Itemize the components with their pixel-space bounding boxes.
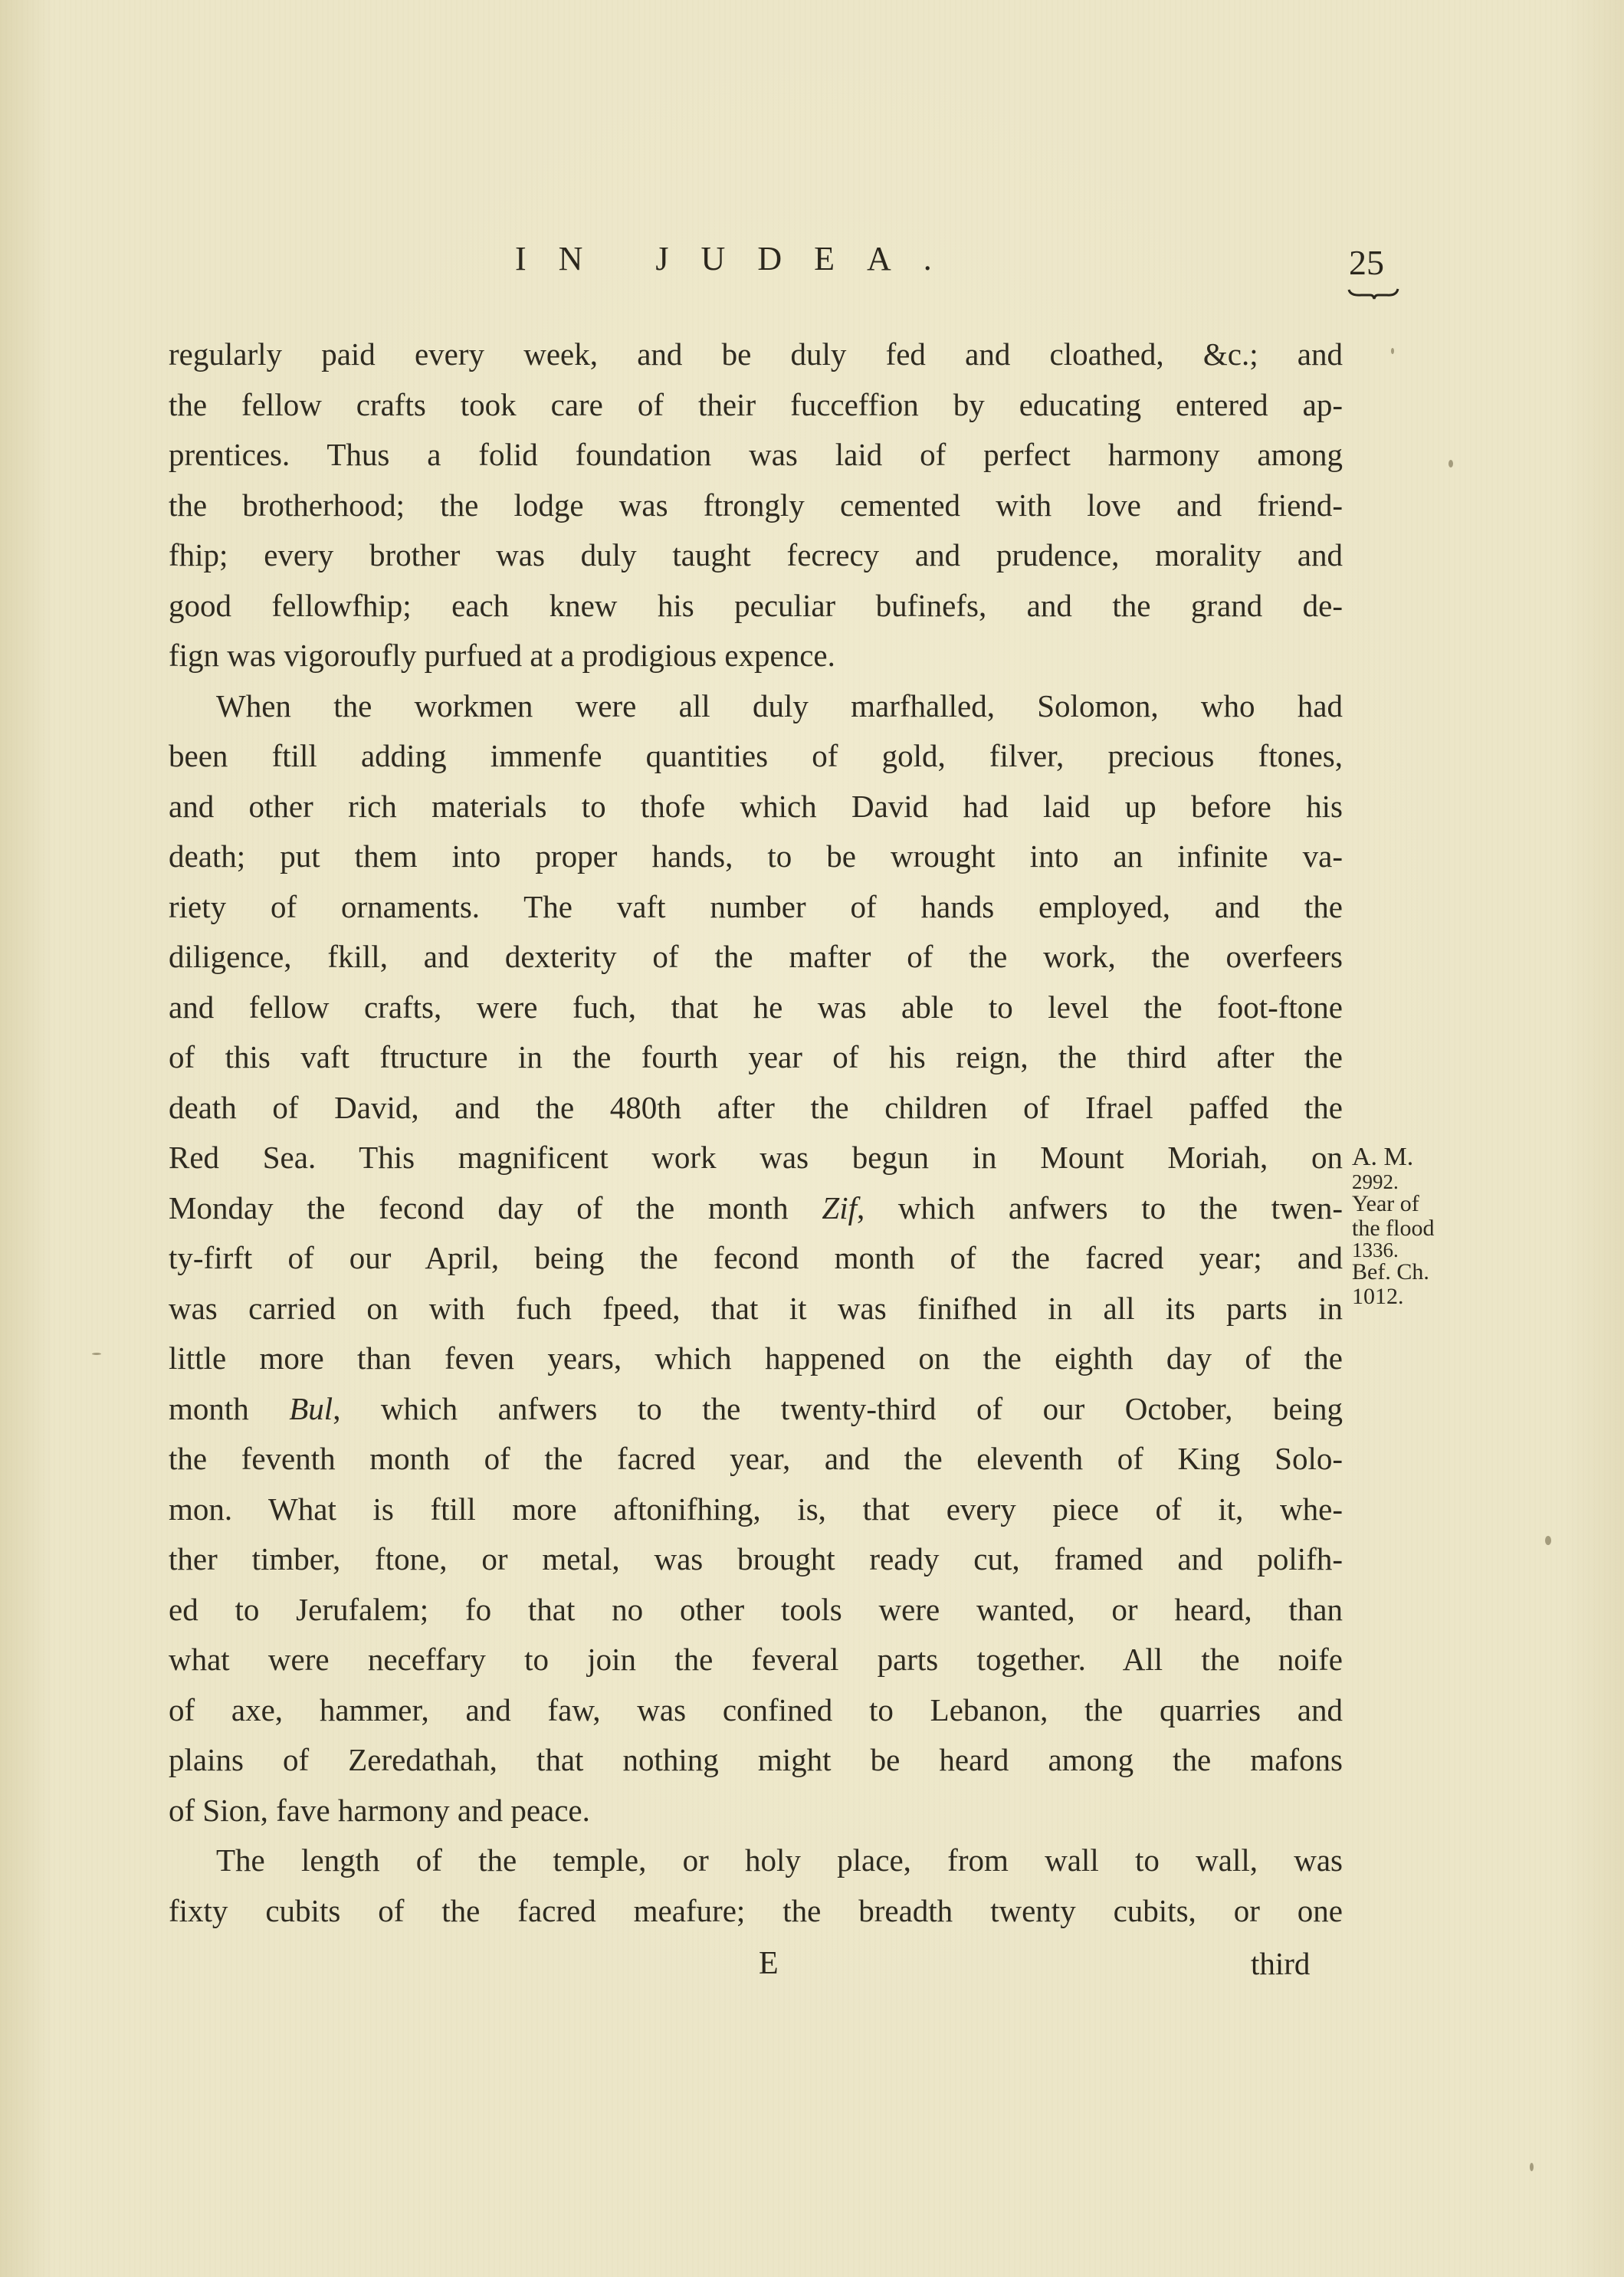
paper-speck bbox=[1391, 348, 1394, 354]
paper-speck bbox=[1530, 2163, 1534, 2171]
text-line: the fellow crafts took care of their fuc… bbox=[169, 380, 1343, 431]
paper-speck bbox=[1448, 460, 1453, 468]
text-line: of Sion, fave harmony and peace. bbox=[169, 1786, 1343, 1836]
catchword: third bbox=[1251, 1945, 1310, 1982]
margin-note-line: A. M. bbox=[1352, 1142, 1475, 1173]
book-page: IN JUDEA. 25 regularly paid every week, … bbox=[0, 0, 1624, 2277]
text-line: ty-firft of our April, being the fecond … bbox=[169, 1233, 1343, 1284]
text-line: the brotherhood; the lodge was ftrongly … bbox=[169, 481, 1343, 531]
text-line: riety of ornaments. The vaft number of h… bbox=[169, 882, 1343, 933]
text-line: plains of Zeredathah, that nothing might… bbox=[169, 1735, 1343, 1786]
text-line: Monday the fecond day of the month Zif, … bbox=[169, 1183, 1343, 1234]
text-line: mon. What is ftill more aftonifhing, is,… bbox=[169, 1485, 1343, 1535]
text-line: what were neceffary to join the feveral … bbox=[169, 1635, 1343, 1685]
text-line: good fellowfhip; each knew his peculiar … bbox=[169, 581, 1343, 632]
paragraph-start-line: The length of the temple, or holy place,… bbox=[169, 1836, 1343, 1886]
text-line: Red Sea. This magnificent work was begun… bbox=[169, 1133, 1343, 1183]
margin-note-line: 1336. bbox=[1352, 1241, 1475, 1260]
text-line: ed to Jerufalem; fo that no other tools … bbox=[169, 1585, 1343, 1636]
text-line: little more than feven years, which happ… bbox=[169, 1334, 1343, 1384]
text-line: been ftill adding immenfe quantities of … bbox=[169, 731, 1343, 782]
italic-month-name: Zif bbox=[822, 1190, 857, 1225]
paragraph-start-line: When the workmen were all duly marfhalle… bbox=[169, 681, 1343, 732]
margin-note-chronology: A. M. 2992. Year of the flood 1336. Bef.… bbox=[1352, 1142, 1475, 1309]
text-line: of axe, hammer, and faw, was confined to… bbox=[169, 1685, 1343, 1736]
page-footer: E third bbox=[0, 1945, 1624, 1991]
signature-mark: E bbox=[759, 1945, 779, 1982]
text-line: prentices. Thus a folid foundation was l… bbox=[169, 430, 1343, 481]
text-line: fhip; every brother was duly taught fecr… bbox=[169, 530, 1343, 581]
text-line: of this vaft ftructure in the fourth yea… bbox=[169, 1032, 1343, 1083]
text-line: death; put them into proper hands, to be… bbox=[169, 832, 1343, 882]
margin-note-line: Year of bbox=[1352, 1192, 1475, 1216]
text-line: and other rich materials to thofe which … bbox=[169, 782, 1343, 832]
text-line: was carried on with fuch fpeed, that it … bbox=[169, 1284, 1343, 1334]
paper-speck bbox=[1545, 1536, 1551, 1545]
text-line: the feventh month of the facred year, an… bbox=[169, 1434, 1343, 1485]
text-line: diligence, fkill, and dexterity of the m… bbox=[169, 932, 1343, 983]
margin-note-line: Bef. Ch. bbox=[1352, 1260, 1475, 1285]
brace-ornament-icon bbox=[1347, 287, 1399, 300]
page-number: 25 bbox=[1349, 242, 1384, 283]
margin-note-line: 1012. bbox=[1352, 1285, 1475, 1309]
body-text: regularly paid every week, and be duly f… bbox=[169, 330, 1343, 1936]
text-line: regularly paid every week, and be duly f… bbox=[169, 330, 1343, 380]
text-line: fign was vigoroufly purfued at a prodigi… bbox=[169, 631, 1343, 681]
italic-month-name: Bul bbox=[289, 1391, 333, 1426]
running-title: IN JUDEA. bbox=[515, 239, 964, 278]
text-line: and fellow crafts, were fuch, that he wa… bbox=[169, 983, 1343, 1033]
paper-speck bbox=[92, 1353, 101, 1355]
text-line: ther timber, ftone, or metal, was brough… bbox=[169, 1534, 1343, 1585]
margin-note-line: the flood bbox=[1352, 1216, 1475, 1241]
running-head: IN JUDEA. 25 bbox=[0, 239, 1624, 285]
text-line: month Bul, which anfwers to the twenty-t… bbox=[169, 1384, 1343, 1435]
margin-note-line: 2992. bbox=[1352, 1173, 1475, 1192]
text-line: fixty cubits of the facred meafure; the … bbox=[169, 1886, 1343, 1937]
text-line: death of David, and the 480th after the … bbox=[169, 1083, 1343, 1134]
